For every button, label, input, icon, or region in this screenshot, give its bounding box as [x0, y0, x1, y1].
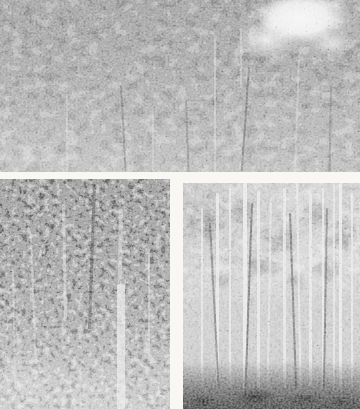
tree-trunk — [66, 95, 68, 172]
closeup-trunk-layer — [0, 179, 170, 409]
tree-trunk — [328, 85, 331, 172]
tree-trunk — [30, 234, 36, 359]
tree-trunk — [120, 85, 126, 172]
tree-trunk — [229, 188, 231, 388]
tree-trunk — [323, 208, 328, 388]
tree-trunk — [214, 38, 216, 172]
tree-trunk — [283, 188, 286, 388]
tree-trunk — [209, 223, 219, 388]
tree-trunk — [245, 203, 253, 388]
tree-trunk — [296, 183, 302, 388]
tree-trunk — [294, 55, 300, 172]
overhead-foliage-masses — [183, 183, 360, 313]
photo-bottom-right-birch-stand — [183, 183, 360, 409]
tree-trunk — [152, 115, 154, 172]
tree-trunk — [62, 204, 67, 319]
film-grain-overlay — [0, 179, 170, 409]
tree-trunk — [257, 191, 260, 388]
tree-trunk — [185, 100, 189, 172]
tree-trunk — [216, 193, 219, 388]
foliage-texture-overlay — [183, 183, 360, 311]
tree-trunk — [117, 284, 125, 409]
cloud-highlight — [0, 0, 360, 172]
tree-trunk — [289, 213, 297, 388]
understory-tone-base — [183, 183, 360, 409]
tree-trunk — [267, 198, 272, 388]
photo-bottom-left-foliage-closeup — [0, 179, 170, 409]
photo-collage — [0, 0, 360, 409]
closeup-tone-base — [0, 179, 170, 409]
tree-trunk — [12, 269, 16, 389]
tree-trunk — [322, 188, 324, 388]
ground-brush-shadow — [183, 361, 360, 409]
birch-trunk-layer — [183, 183, 360, 409]
tree-trunk — [118, 209, 123, 289]
tree-trunk — [309, 193, 312, 388]
tree-trunk — [148, 249, 150, 359]
photo-top-forest-canopy — [0, 0, 360, 172]
tree-trunk — [333, 183, 335, 388]
canopy-trunk-layer — [0, 0, 360, 172]
film-grain-overlay — [0, 0, 360, 172]
tree-trunk — [351, 193, 353, 390]
film-grain-overlay — [183, 183, 360, 409]
tree-trunk — [243, 183, 247, 388]
leaf-speckle-overlay — [0, 179, 170, 409]
foliage-texture-overlay — [0, 0, 360, 172]
tree-trunk — [240, 28, 242, 88]
tree-trunk — [339, 183, 342, 390]
scattered-leaf-speckle-overlay — [183, 183, 360, 409]
tree-trunk — [241, 68, 250, 172]
canopy-tone-base — [0, 0, 360, 172]
tree-trunk — [88, 184, 96, 329]
tree-trunk — [201, 208, 203, 388]
